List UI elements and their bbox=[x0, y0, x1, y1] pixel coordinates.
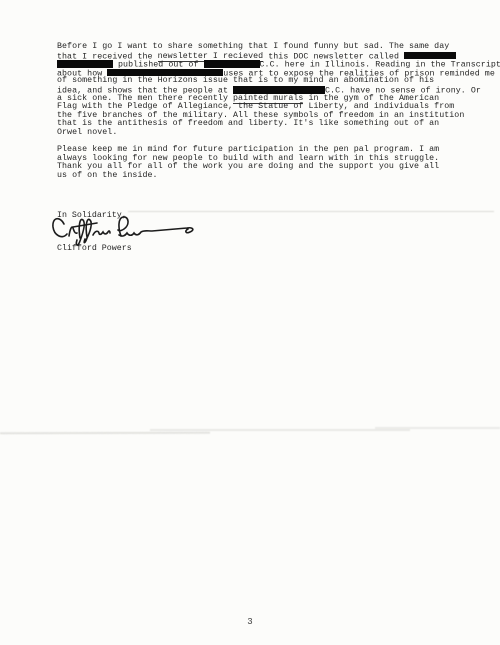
body-paragraph-1: Before I go I want to share something th… bbox=[57, 43, 500, 138]
signature-stroke bbox=[93, 231, 110, 235]
letter-line: us of on the inside. bbox=[57, 172, 439, 181]
letter-text: us of on the inside. bbox=[57, 171, 158, 180]
letter-text: Before I go I want to share something th… bbox=[57, 42, 449, 51]
signature-stroke bbox=[73, 223, 97, 227]
letter-line: published out of C.C. here in Illinois. … bbox=[57, 60, 500, 69]
letter-text: of something in the Horizons issue bbox=[57, 76, 233, 85]
body-paragraph-2: Please keep me in mind for future partic… bbox=[57, 146, 439, 180]
scan-artifact-line bbox=[0, 432, 210, 435]
scan-artifact-line bbox=[150, 429, 410, 431]
letter-line: Before I go I want to share something th… bbox=[57, 43, 500, 52]
letter-line: that is the antithesis of freedom and li… bbox=[57, 120, 500, 129]
signature-stroke bbox=[76, 219, 84, 245]
letter-text: mind an abomination of his bbox=[298, 76, 434, 85]
scan-artifact-line bbox=[375, 427, 500, 429]
letter-line: Orwel novel. bbox=[57, 129, 500, 138]
redaction-bar bbox=[57, 60, 113, 68]
document-page: Before I go I want to share something th… bbox=[0, 0, 500, 645]
letter-line: that I received the newsletter I recieve… bbox=[57, 52, 500, 61]
scan-artifact-line bbox=[128, 211, 494, 212]
signature-stroke bbox=[69, 227, 77, 236]
redaction-bar bbox=[204, 60, 260, 68]
signature-stroke bbox=[53, 219, 67, 237]
page-number: 3 bbox=[0, 617, 500, 627]
letter-line: of something in the Horizons issue that … bbox=[57, 77, 500, 86]
signature-stroke bbox=[119, 228, 193, 236]
redaction-bar bbox=[233, 86, 325, 94]
letter-text: Orwel novel. bbox=[57, 128, 117, 137]
redaction-bar bbox=[404, 52, 456, 60]
typed-signature-name: Clifford Powers bbox=[57, 245, 132, 254]
signature-stroke bbox=[84, 219, 91, 242]
